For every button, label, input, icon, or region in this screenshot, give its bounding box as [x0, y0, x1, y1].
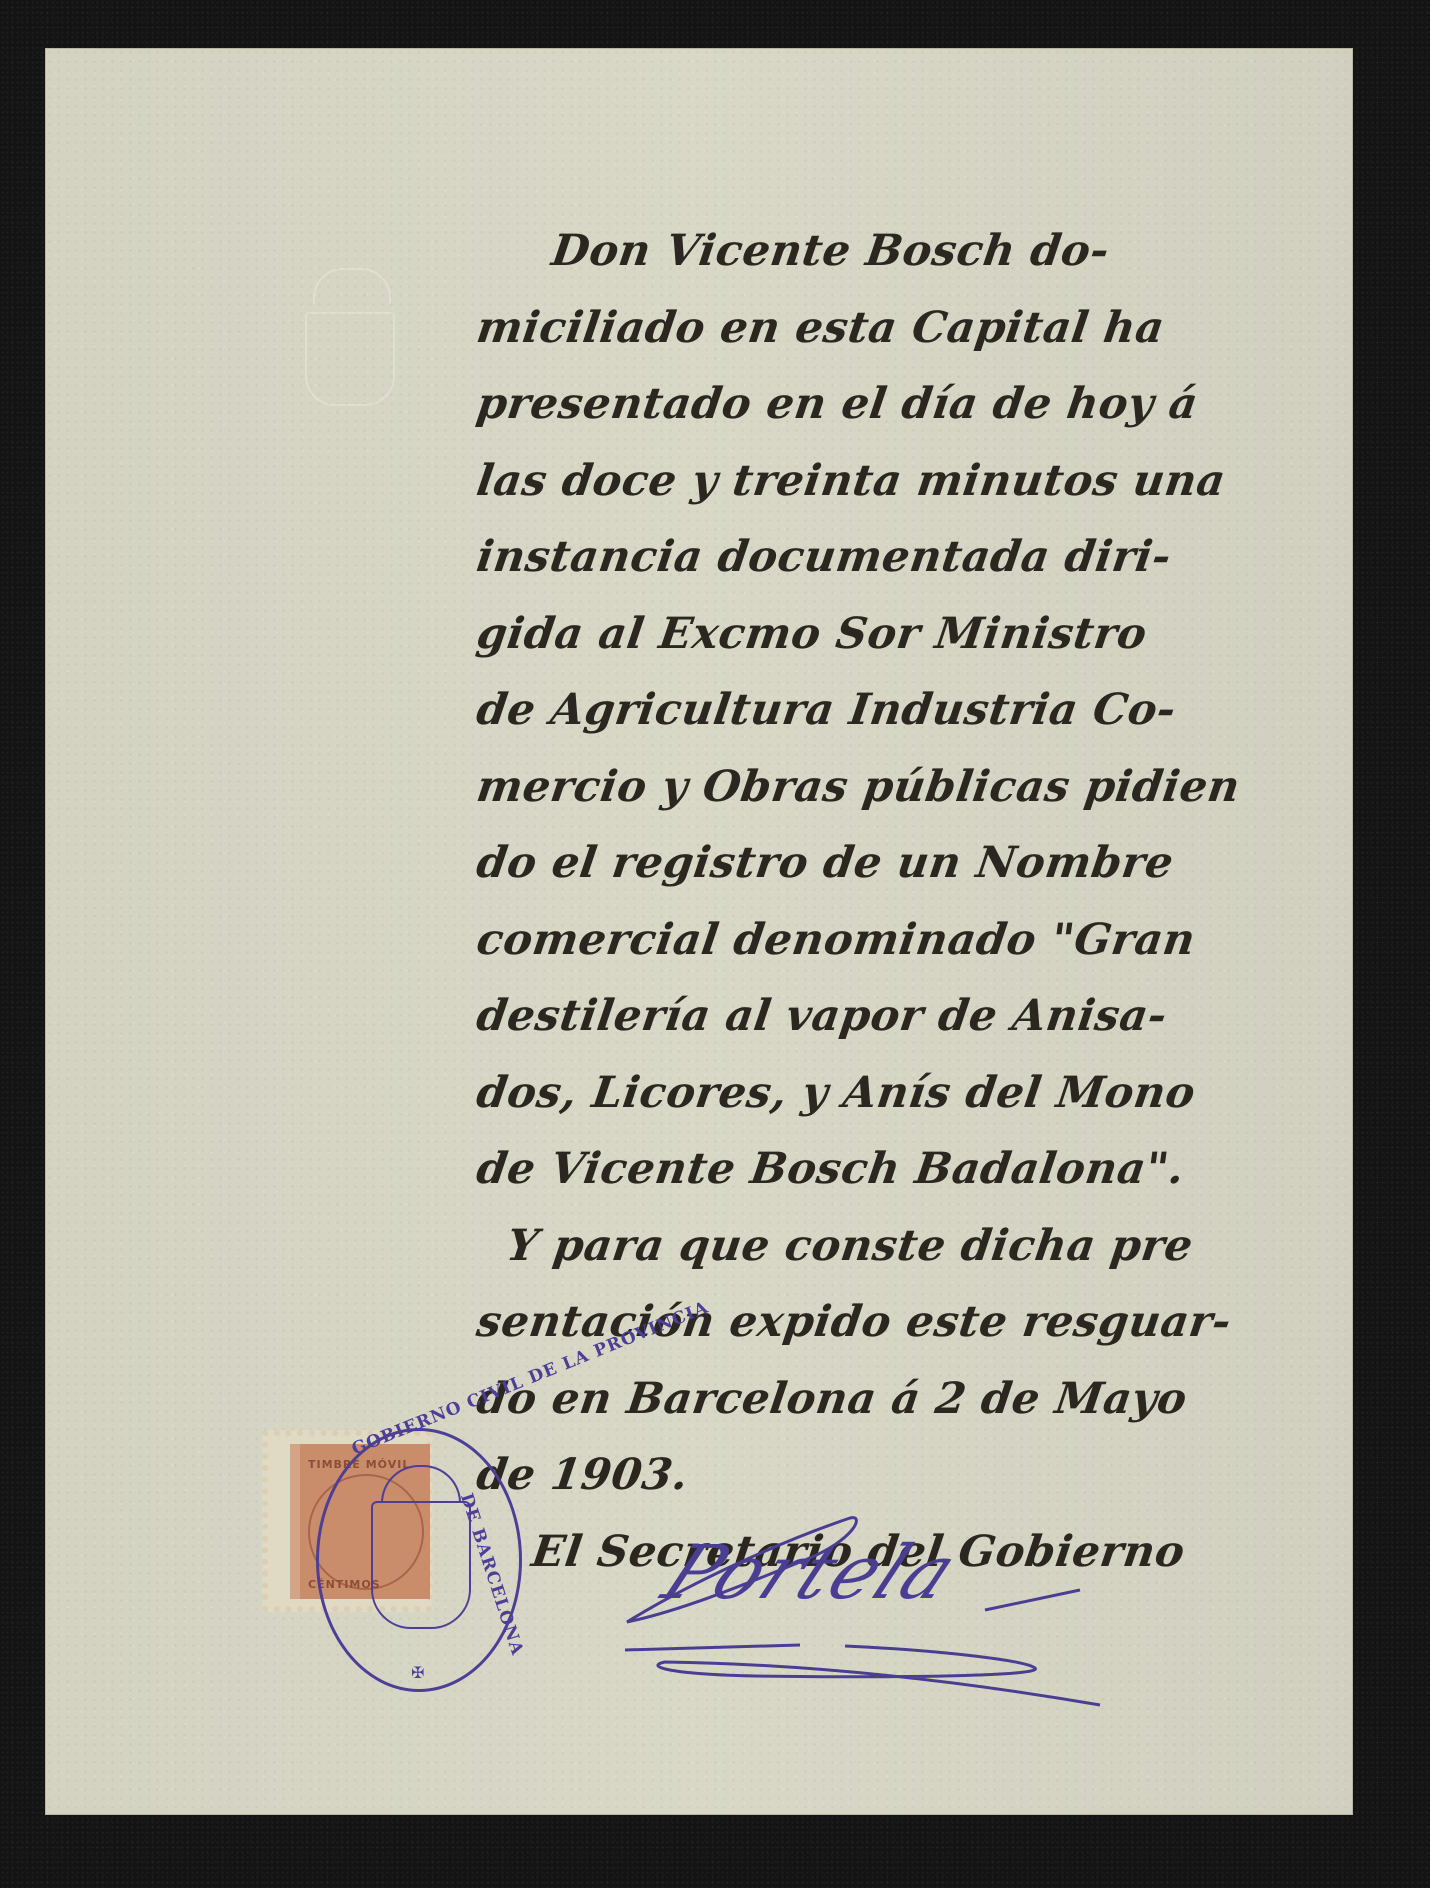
handwritten-text: Don Vicente Bosch do- miciliado en esta …: [477, 213, 1357, 1590]
text-line: de Vicente Bosch Badalona".: [472, 1131, 1363, 1208]
text-line: comercial denominado "Gran: [472, 902, 1363, 979]
embossed-seal: [295, 268, 405, 408]
text-line: instancia documentada diri-: [472, 519, 1363, 596]
text-line: dos, Licores, y Anís del Mono: [472, 1055, 1363, 1132]
text-line: las doce y treinta minutos una: [472, 443, 1363, 520]
text-line: mercio y Obras públicas pidien: [472, 749, 1363, 826]
text-line: gida al Excmo Sor Ministro: [472, 596, 1363, 673]
text-line: Don Vicente Bosch do-: [472, 213, 1363, 290]
text-line: miciliado en esta Capital ha: [472, 290, 1363, 367]
emboss-shield-icon: [305, 312, 395, 406]
text-line: presentado en el día de hoy á: [472, 366, 1363, 443]
text-line: destilería al vapor de Anisa-: [472, 978, 1363, 1055]
seal-shield-icon: [371, 1501, 471, 1629]
official-seal: GOBIERNO CIVIL DE LA PROVINCIA DE BARCEL…: [316, 1428, 522, 1692]
text-line: Y para que conste dicha pre: [472, 1208, 1363, 1285]
signature: Portela: [605, 1500, 1125, 1720]
text-line: de Agricultura Industria Co-: [472, 672, 1363, 749]
signature-name: Portela: [650, 1530, 972, 1616]
emboss-crown-icon: [313, 268, 391, 304]
seal-star-icon: ✠: [411, 1663, 424, 1682]
seal-crown-icon: [381, 1465, 461, 1503]
text-line: do en Barcelona á 2 de Mayo: [472, 1361, 1363, 1438]
text-line: do el registro de un Nombre: [472, 825, 1363, 902]
